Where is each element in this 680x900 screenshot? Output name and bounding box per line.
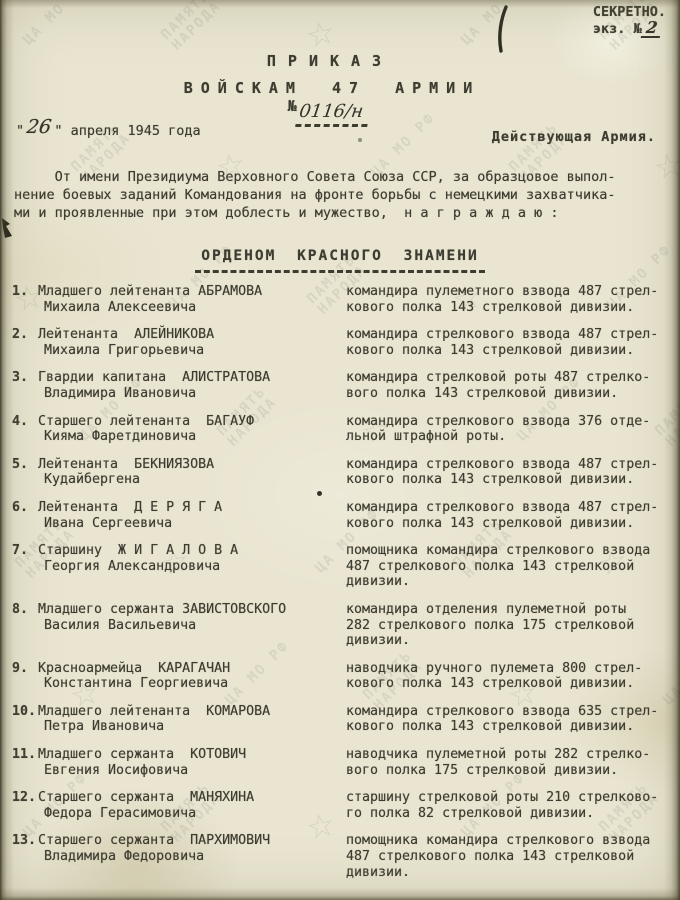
entry-position: командира пулеметного взвода 487 стрел- … xyxy=(338,284,672,315)
entry-name-block: Лейтенанта АЛЕЙНИКОВА Михаила Григорьеви… xyxy=(38,327,338,358)
entry-position: командира стрелковой роты 487 стрелко- в… xyxy=(338,370,672,401)
entry-name-block: Младшего лейтенанта КОМАРОВА Петра Ивано… xyxy=(38,704,338,735)
entry-name-block: Младшего лейтенанта АБРАМОВА Михаила Але… xyxy=(38,284,338,315)
entry-rank-surname: Старшего сержанта МАНЯХИНА xyxy=(38,790,338,806)
award-entries-list: 1. Младшего лейтенанта АБРАМОВА Михаила … xyxy=(12,284,672,892)
entry-rank-surname: Старшину Ж И Г А Л О В А xyxy=(38,543,338,559)
award-entry: 13. Старшего сержанта ПАРХИМОВИЧ Владими… xyxy=(12,833,672,880)
ink-blot xyxy=(0,216,16,240)
entry-name-block: Гвардии капитана АЛИСТРАТОВА Владимира И… xyxy=(38,370,338,401)
award-entry: 1. Младшего лейтенанта АБРАМОВА Михаила … xyxy=(12,284,672,315)
award-entry: 7. Старшину Ж И Г А Л О В А Георгия Алек… xyxy=(12,543,672,590)
date-day-handwritten: 26 xyxy=(26,116,53,138)
entry-name-block: Красноармейца КАРАГАЧАН Константина Геор… xyxy=(38,661,338,692)
entry-name-block: Старшего сержанта МАНЯХИНА Федора Гераси… xyxy=(38,790,338,821)
entry-number: 11. xyxy=(12,747,38,778)
entry-given-names: Кудайбергена xyxy=(38,472,338,488)
entry-number: 8. xyxy=(12,602,38,649)
award-entry: 6. Лейтенанта Д Е Р Я Г А Ивана Сергееви… xyxy=(12,500,672,531)
date-line: "26" апреля 1945 года xyxy=(16,116,201,139)
order-addressee: ВОЙСКАМ 47 АРМИИ xyxy=(0,79,664,97)
order-title: ПРИКАЗ xyxy=(0,52,660,70)
entry-given-names: Евгения Иосифовича xyxy=(38,763,338,779)
entry-number: 2. xyxy=(12,327,38,358)
entry-given-names: Кияма Фаретдиновича xyxy=(38,429,338,445)
entry-number: 3. xyxy=(12,370,38,401)
open-quote: " xyxy=(16,123,24,139)
entry-given-names: Константина Георгиевича xyxy=(38,676,338,692)
entry-given-names: Петра Ивановича xyxy=(38,719,338,735)
entry-name-block: Старшего лейтенанта БАГАУФ Кияма Фаретди… xyxy=(38,414,338,445)
entry-given-names: Владимира Федоровича xyxy=(38,849,338,865)
entry-given-names: Федора Герасимовича xyxy=(38,806,338,822)
entry-number: 13. xyxy=(12,833,38,880)
entry-rank-surname: Гвардии капитана АЛИСТРАТОВА xyxy=(38,370,338,386)
copy-number-handwritten: 2 xyxy=(640,20,662,38)
entry-name-block: Младшего сержанта КОТОВИЧ Евгения Иосифо… xyxy=(38,747,338,778)
entry-position: командира стрелкового взвода 487 стрел- … xyxy=(338,500,672,531)
entry-number: 1. xyxy=(12,284,38,315)
entry-rank-surname: Младшего сержанта КОТОВИЧ xyxy=(38,747,338,763)
entry-position: командира стрелкового взвода 487 стрел- … xyxy=(338,327,672,358)
entry-position: командира стрелкового взвода 635 стрел- … xyxy=(338,704,672,735)
entry-rank-surname: Младшего сержанта ЗАВИСТОВСКОГО xyxy=(38,602,338,618)
handwritten-tally-mark xyxy=(492,5,514,53)
entry-number: 6. xyxy=(12,500,38,531)
entry-number: 10. xyxy=(12,704,38,735)
entry-position: старшину стрелковой роты 210 стрелково- … xyxy=(338,790,672,821)
entry-name-block: Лейтенанта Д Е Р Я Г А Ивана Сергеевича xyxy=(38,500,338,531)
entry-name-block: Младшего сержанта ЗАВИСТОВСКОГО Василия … xyxy=(38,602,338,649)
copy-label: экз. xyxy=(593,21,626,37)
entry-rank-surname: Лейтенанта Д Е Р Я Г А xyxy=(38,500,338,516)
entry-position: наводчика ручного пулемета 800 стрел- ко… xyxy=(338,661,672,692)
award-entry: 12. Старшего сержанта МАНЯХИНА Федора Ге… xyxy=(12,790,672,821)
classification-block: СЕКРЕТНО. экз. №2 xyxy=(593,4,666,38)
copy-number-line: экз. №2 xyxy=(593,20,666,38)
scanned-order-page: ЦА МО РФПАМЯТЬ НАРОДА☆ЦА МО РФПАМЯТЬ НАР… xyxy=(0,0,680,900)
entry-position: помощника командира стрелкового взвода 4… xyxy=(338,833,672,880)
entry-position: помощника командира стрелкового взвода 4… xyxy=(338,543,672,590)
entry-number: 7. xyxy=(12,543,38,590)
entry-position: наводчика пулеметной роты 282 стрелко- в… xyxy=(338,747,672,778)
award-entry: 5. Лейтенанта БЕКНИЯЗОВА Кудайбергена ко… xyxy=(12,457,672,488)
award-entry: 9. Красноармейца КАРАГАЧАН Константина Г… xyxy=(12,661,672,692)
award-heading: ОРДЕНОМ КРАСНОГО ЗНАМЕНИ xyxy=(195,248,485,273)
entry-number: 5. xyxy=(12,457,38,488)
entry-name-block: Старшего сержанта ПАРХИМОВИЧ Владимира Ф… xyxy=(38,833,338,880)
entry-name-block: Старшину Ж И Г А Л О В А Георгия Алексан… xyxy=(38,543,338,590)
award-entry: 8. Младшего сержанта ЗАВИСТОВСКОГО Васил… xyxy=(12,602,672,649)
entry-rank-surname: Младшего лейтенанта КОМАРОВА xyxy=(38,704,338,720)
award-heading-line: ОРДЕНОМ КРАСНОГО ЗНАМЕНИ xyxy=(0,245,680,273)
entry-rank-surname: Красноармейца КАРАГАЧАН xyxy=(38,661,338,677)
entry-given-names: Михаила Алексеевича xyxy=(38,300,338,316)
numero-sign: № xyxy=(288,97,297,115)
entry-number: 9. xyxy=(12,661,38,692)
ink-speck xyxy=(358,138,362,142)
award-entry: 4. Старшего лейтенанта БАГАУФ Кияма Фаре… xyxy=(12,414,672,445)
ink-speck xyxy=(317,491,322,496)
award-entry: 11. Младшего сержанта КОТОВИЧ Евгения Ио… xyxy=(12,747,672,778)
award-entry: 2. Лейтенанта АЛЕЙНИКОВА Михаила Григорь… xyxy=(12,327,672,358)
entry-position: командира стрелкового взвода 487 стрел- … xyxy=(338,457,672,488)
entry-rank-surname: Младшего лейтенанта АБРАМОВА xyxy=(38,284,338,300)
entry-number: 4. xyxy=(12,414,38,445)
entry-given-names: Владимира Ивановича xyxy=(38,386,338,402)
entry-rank-surname: Старшего лейтенанта БАГАУФ xyxy=(38,414,338,430)
entry-position: командира отделения пулеметной роты 282 … xyxy=(338,602,672,649)
award-entry: 3. Гвардии капитана АЛИСТРАТОВА Владимир… xyxy=(12,370,672,401)
preamble-paragraph: От имени Президиума Верховного Совета Со… xyxy=(14,168,670,222)
entry-number: 12. xyxy=(12,790,38,821)
award-entry: 10. Младшего лейтенанта КОМАРОВА Петра И… xyxy=(12,704,672,735)
entry-given-names: Георгия Александровича xyxy=(38,559,338,575)
entry-name-block: Лейтенанта БЕКНИЯЗОВА Кудайбергена xyxy=(38,457,338,488)
date-rest: апреля 1945 года xyxy=(62,123,200,139)
entry-rank-surname: Старшего сержанта ПАРХИМОВИЧ xyxy=(38,833,338,849)
entry-position: командира стрелкового взвода 376 отде- л… xyxy=(338,414,672,445)
entry-rank-surname: Лейтенанта АЛЕЙНИКОВА xyxy=(38,327,338,343)
entry-given-names: Михаила Григорьевича xyxy=(38,343,338,359)
entry-rank-surname: Лейтенанта БЕКНИЯЗОВА xyxy=(38,457,338,473)
order-number-handwritten: 0116/н xyxy=(295,101,370,127)
entry-given-names: Василия Васильевича xyxy=(38,618,338,634)
entry-given-names: Ивана Сергеевича xyxy=(38,516,338,532)
army-note: Действующая Армия. xyxy=(492,129,656,145)
